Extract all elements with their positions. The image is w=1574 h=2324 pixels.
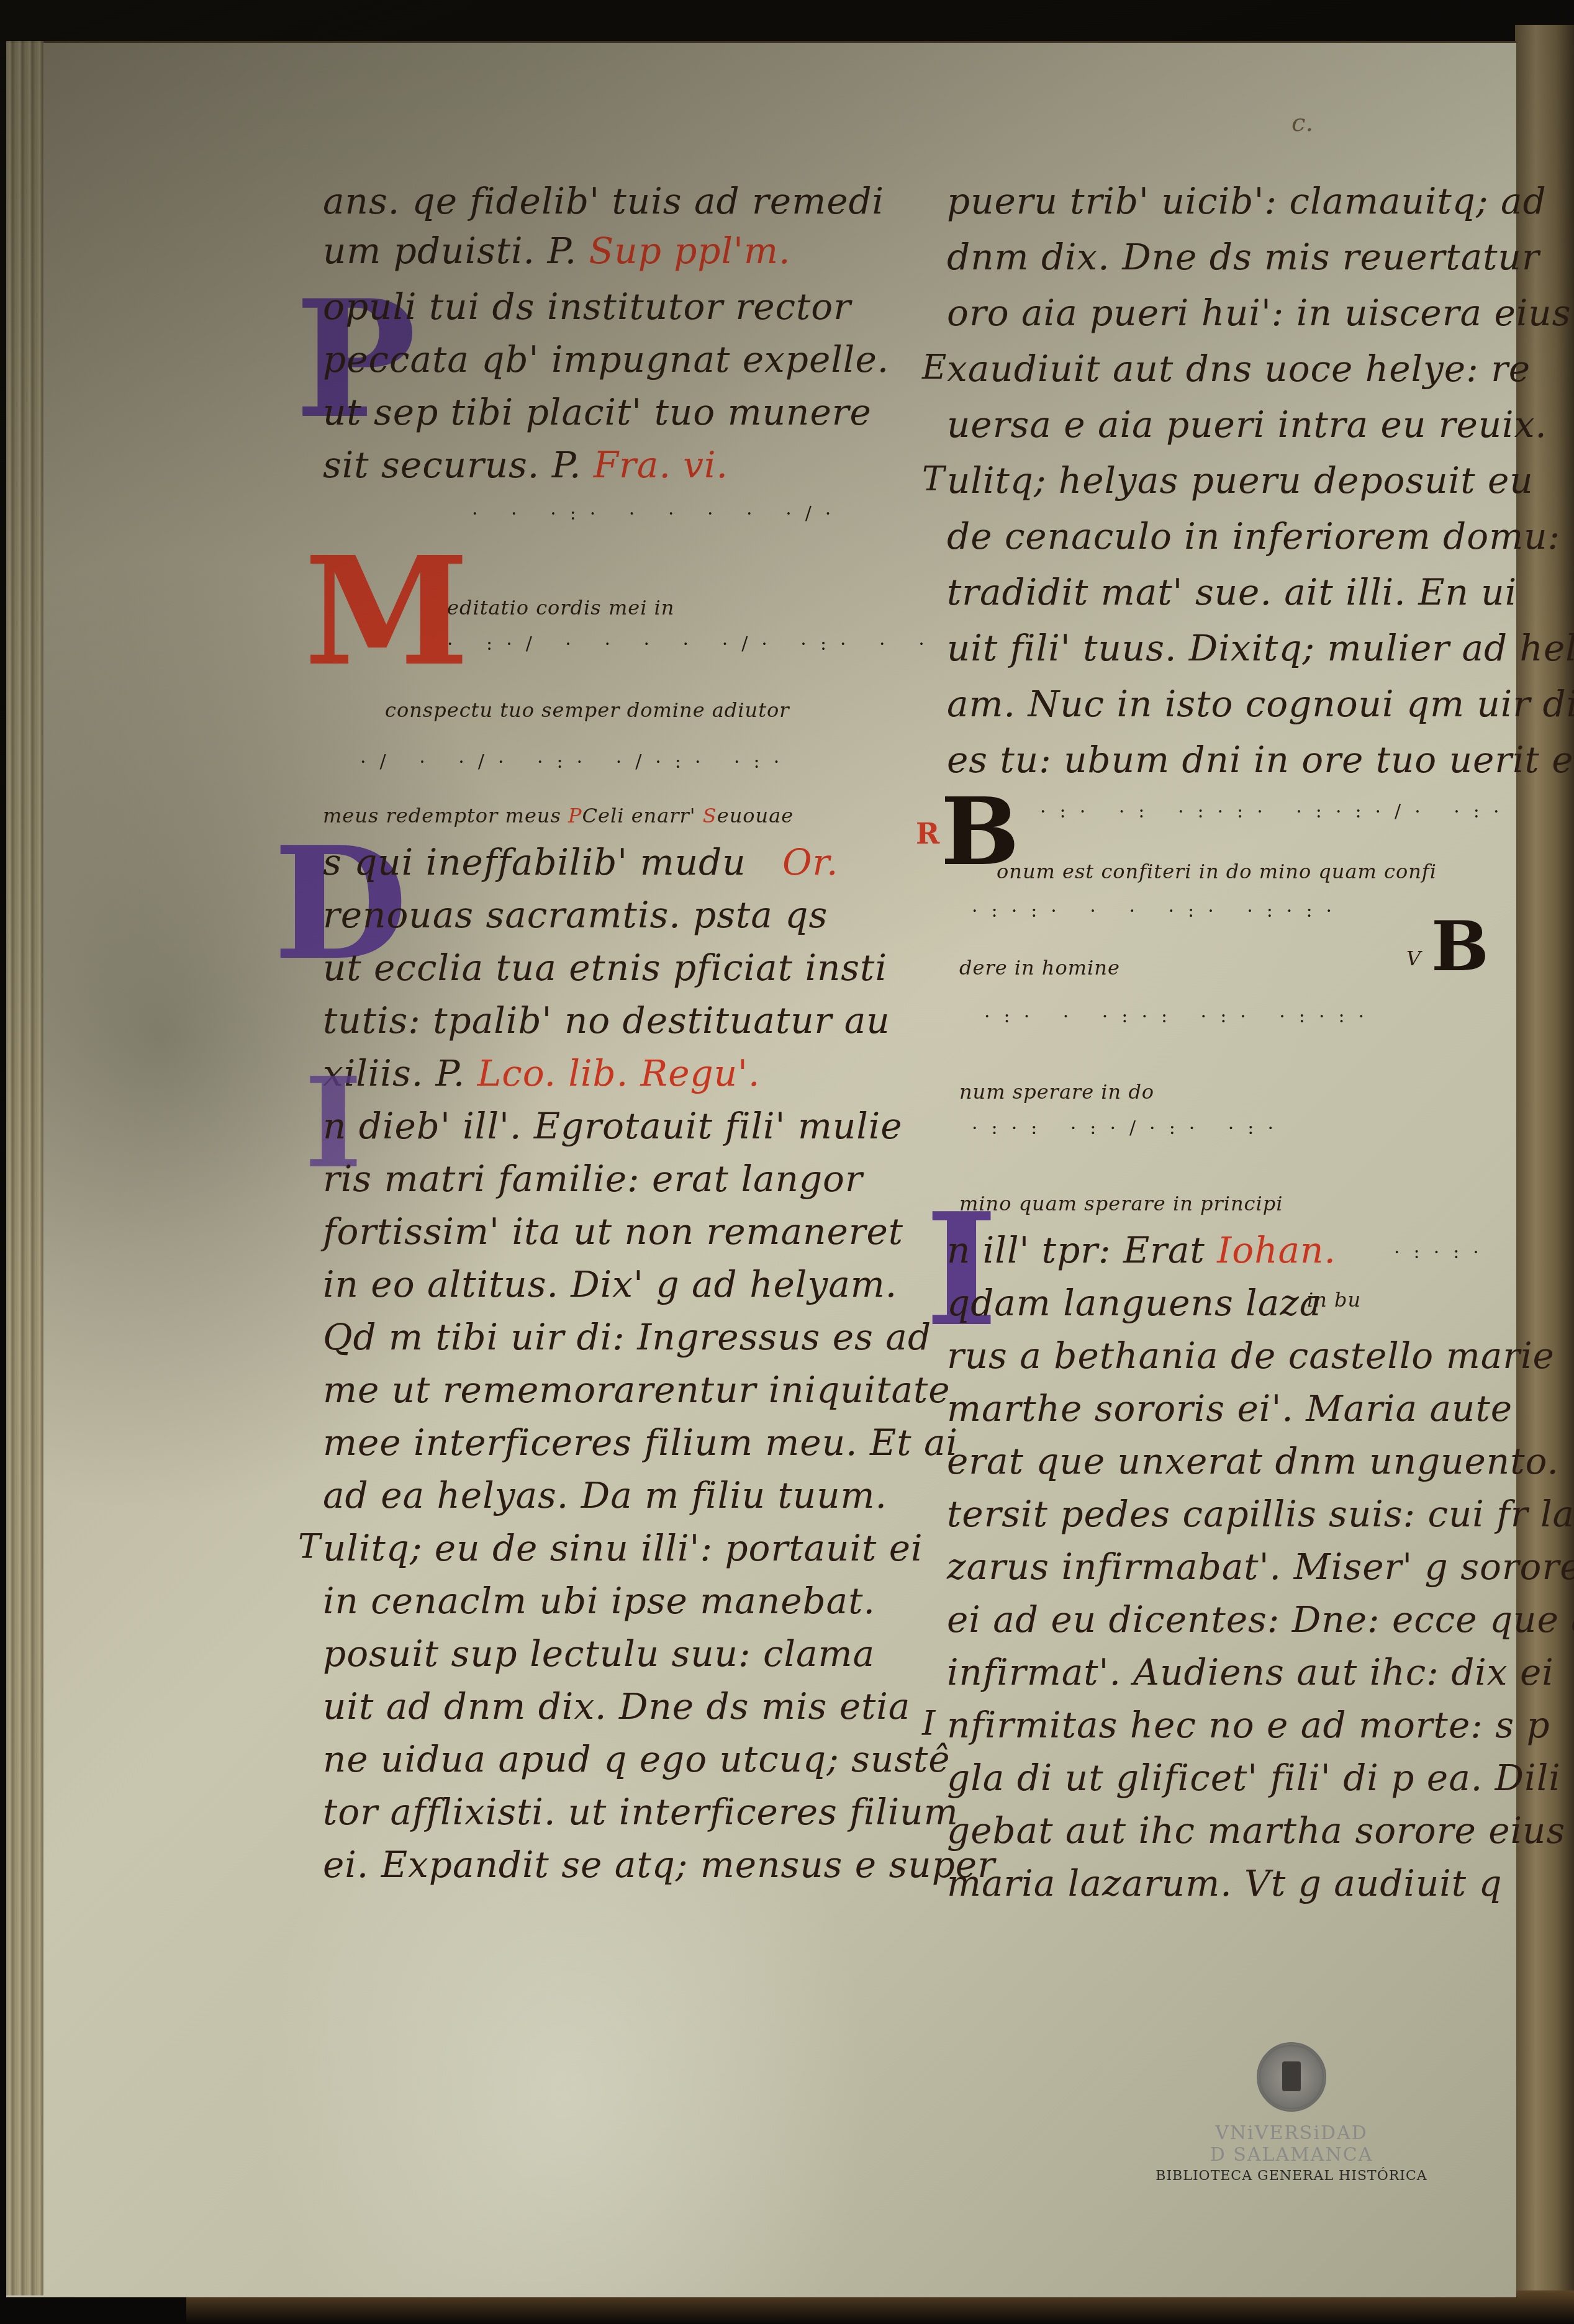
rubric-r: R	[916, 819, 939, 848]
text-line: maria lazarum. Vt g audiuit q	[947, 1862, 1503, 1904]
text-line: ris matri familie: erat langor	[323, 1158, 863, 1200]
rubric: Fra. vi.	[594, 444, 728, 486]
text-line: tutis: tpalib' no destituatur au	[323, 999, 890, 1042]
margin-letter: T	[922, 459, 944, 498]
text-line: in cenaclm ubi ipse manebat.	[323, 1580, 875, 1622]
text-line: ut ecclia tua etnis pficiat insti	[323, 947, 887, 989]
text-line: opuli tui ds institutor rector	[323, 286, 851, 328]
neume-notation: ·:· ·: ·:·:· ·:·:·/· ·:·	[1040, 801, 1513, 822]
text-line: gebat aut ihc martha sorore eius	[947, 1809, 1565, 1852]
chant-text: num sperare in do	[959, 1080, 1154, 1104]
margin-letter: I	[922, 1704, 935, 1743]
binding-gutter	[6, 41, 43, 2295]
chant-text: conspectu tuo semper domine adiutor	[385, 698, 790, 722]
text-line: renouas sacramtis. psta qs	[323, 894, 828, 936]
chant-text: dere in homine	[959, 956, 1120, 980]
text-line: pueru trib' uicib': clamauitq; ad	[947, 180, 1547, 222]
text-line: gla di ut glificet' fili' di p ea. Dili	[947, 1757, 1561, 1799]
text-line: mee interficeres filium meu. Et ai	[323, 1421, 958, 1464]
initial-m-red: M	[304, 537, 469, 686]
text-line: es tu: ubum dni in ore tuo uerit e.	[947, 739, 1574, 781]
text-line: nfirmitas hec no e ad morte: s p	[947, 1704, 1550, 1746]
text-line: uersa e aia pueri intra eu reuix.	[947, 403, 1547, 446]
text-line: tersit pedes capillis suis: cui fr la	[947, 1493, 1574, 1535]
text-line: s qui ineffabilib' mudu	[323, 841, 746, 883]
rubric: Sup ppl'm.	[589, 230, 791, 272]
watermark-line-3: BIBLIOTECA GENERAL HISTÓRICA	[1149, 2168, 1434, 2184]
text-line: in eo altitus. Dix' g ad helyam.	[323, 1263, 897, 1305]
text-line: oro aia pueri hui': in uiscera eius.	[947, 292, 1574, 334]
university-seal-icon	[1257, 2042, 1326, 2112]
text-line: xiliis. P. Lco. lib. Regu'.	[323, 1052, 760, 1094]
text-line: dnm dix. Dne ds mis reuertatur	[947, 236, 1540, 278]
text-line: Qd m tibi uir di: Ingressus es ad	[323, 1316, 931, 1358]
text-line: ei ad eu dicentes: Dne: ecce que ama	[947, 1598, 1574, 1641]
watermark-line-2: D SALAMANCA	[1149, 2145, 1434, 2166]
rubric: Iohan.	[1217, 1229, 1336, 1271]
chant-text: mino quam sperare in principi	[959, 1192, 1283, 1215]
neume-notation: · :·/ · · · · ·/· ·:· · ·	[447, 633, 938, 655]
text-line: peccata qb' impugnat expelle.	[323, 338, 889, 381]
neume-notation: ·:·:· · · ·:· ·:·:·	[972, 900, 1346, 922]
text-line: de cenaculo in inferiorem domu:	[947, 515, 1560, 557]
neume-notation: · · ·:· · · · · ·/·	[472, 503, 844, 525]
text-line: me ut rememorarentur iniquitate	[323, 1369, 951, 1411]
text-line: ut sep tibi placit' tuo munere	[323, 391, 872, 433]
folio-mark: c.	[1291, 109, 1313, 137]
text-line: ulitq; helyas pueru deposuit eu	[947, 459, 1534, 502]
chant-text: in bu	[1307, 1288, 1361, 1312]
initial-b-verse: B	[1431, 912, 1489, 981]
text-line: infirmat'. Audiens aut ihc: dix ei	[947, 1651, 1554, 1693]
neume-notation: ·:·: ·:·/·:· ·:·	[972, 1117, 1287, 1139]
text-line: n dieb' ill'. Egrotauit fili' mulie	[323, 1105, 903, 1147]
text-line: sit securus. P. Fra. vi.	[323, 444, 728, 486]
text-line: uit ad dnm dix. Dne ds mis etia	[323, 1685, 910, 1727]
text-line: fortissim' ita ut non remaneret	[323, 1210, 903, 1253]
text-line: n ill' tpr: Erat Iohan.	[947, 1229, 1336, 1271]
text-line: marthe sororis ei'. Maria aute	[947, 1387, 1513, 1430]
neume-notation: ·:· · ·:·: ·:· ·:·:·	[984, 1006, 1378, 1027]
margin-letter: E	[922, 348, 946, 387]
text-line: xaudiuit aut dns uoce helye: re	[947, 348, 1531, 390]
chant-text: onum est confiteri in do mino quam confi	[997, 860, 1437, 883]
text-line: ad ea helyas. Da m filiu tuum.	[323, 1474, 887, 1516]
neume-notation: ·/ · ·/· ·:· ·/·:· ·:·	[360, 751, 793, 773]
text-line: tradidit mat' sue. ait illi. En ui	[947, 571, 1517, 613]
text-line: ei. Expandit se atq; mensus e super	[323, 1844, 995, 1886]
text-line: rus a bethania de castello marie	[947, 1335, 1555, 1377]
text-line: uit fili' tuus. Dixitq; mulier ad hely	[947, 627, 1574, 669]
text-line: ans. qe fidelib' tuis ad remedi	[323, 180, 884, 222]
watermark-line-1: VNiVERSiDAD	[1149, 2123, 1434, 2145]
neume-notation: ·:·:·	[1394, 1241, 1493, 1263]
verse-rubric: V	[1406, 947, 1421, 970]
text-line: zarus infirmabat'. Miser' g sorores	[947, 1546, 1574, 1588]
text-line: erat que unxerat dnm unguento.	[947, 1440, 1559, 1482]
margin-letter: T	[298, 1527, 320, 1566]
chant-text: editatio cordis mei in	[447, 596, 674, 619]
text-line: ne uidua apud q ego utcuq; sustê	[323, 1738, 951, 1780]
text-line: am. Nuc in isto cognoui qm uir di	[947, 683, 1574, 725]
text-line: qdam languens laza	[947, 1282, 1321, 1324]
text-line: ulitq; eu de sinu illi': portauit ei	[323, 1527, 923, 1569]
text-line: tor afflixisti. ut interficeres filium	[323, 1791, 959, 1833]
text-line: posuit sup lectulu suu: clama	[323, 1633, 875, 1675]
rubric-margin: Or.	[782, 841, 838, 883]
library-watermark: VNiVERSiDAD D SALAMANCA BIBLIOTECA GENER…	[1149, 2042, 1434, 2184]
